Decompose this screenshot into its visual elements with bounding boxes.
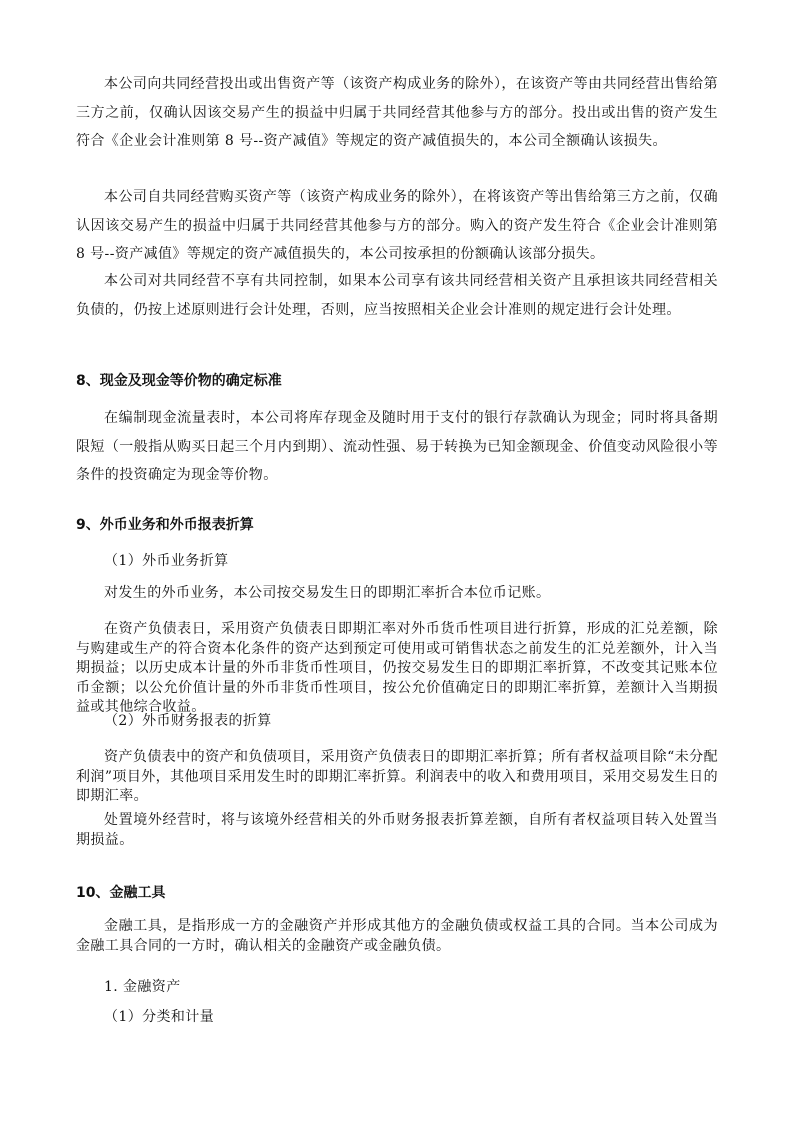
paragraph-disposal-foreign-operation: 处置境外经营时，将与该境外经营相关的外币财务报表折算差额，自所有者权益项目转入处… [76, 811, 718, 850]
subheading-foreign-currency-transactions: （1）外币业务折算 [76, 547, 746, 576]
subheading-classification-measurement: （1）分类和计量 [76, 1003, 746, 1032]
paragraph-no-joint-control: 本公司对共同经营不享有共同控制，如果本公司享有该共同经营相关资产且承担该共同经营… [76, 267, 718, 324]
section-heading-cash-equivalents: 8、现金及现金等价物的确定标准 [76, 370, 282, 390]
paragraph-joint-operation-purchase: 本公司自共同经营购买资产等（该资产构成业务的除外），在将该资产等出售给第三方之前… [76, 183, 718, 269]
paragraph-statement-translation-rules: 资产负债表中的资产和负债项目，采用资产负债表日的即期汇率折算；所有者权益项目除“… [76, 748, 718, 807]
paragraph-cash-equivalents: 在编制现金流量表时，本公司将库存现金及随时用于支付的银行存款确认为现金；同时将具… [76, 404, 718, 490]
section-heading-financial-instruments: 10、金融工具 [76, 882, 165, 902]
paragraph-foreign-currency-recording: 对发生的外币业务，本公司按交易发生日的即期汇率折合本位币记账。 [76, 579, 718, 608]
section-heading-foreign-currency: 9、外币业务和外币报表折算 [76, 514, 254, 534]
paragraph-joint-operation-sale: 本公司向共同经营投出或出售资产等（该资产构成业务的除外），在该资产等由共同经营出… [76, 70, 718, 156]
paragraph-balance-sheet-date-translation: 在资产负债表日，采用资产负债表日即期汇率对外币货币性项目进行折算，形成的汇兑差额… [76, 620, 718, 718]
paragraph-financial-instruments-definition: 金融工具，是指形成一方的金融资产并形成其他方的金融负债或权益工具的合同。当本公司… [76, 917, 718, 956]
list-item-financial-assets: 1. 金融资产 [76, 973, 718, 1002]
subheading-financial-statement-translation: （2）外币财务报表的折算 [76, 707, 746, 736]
